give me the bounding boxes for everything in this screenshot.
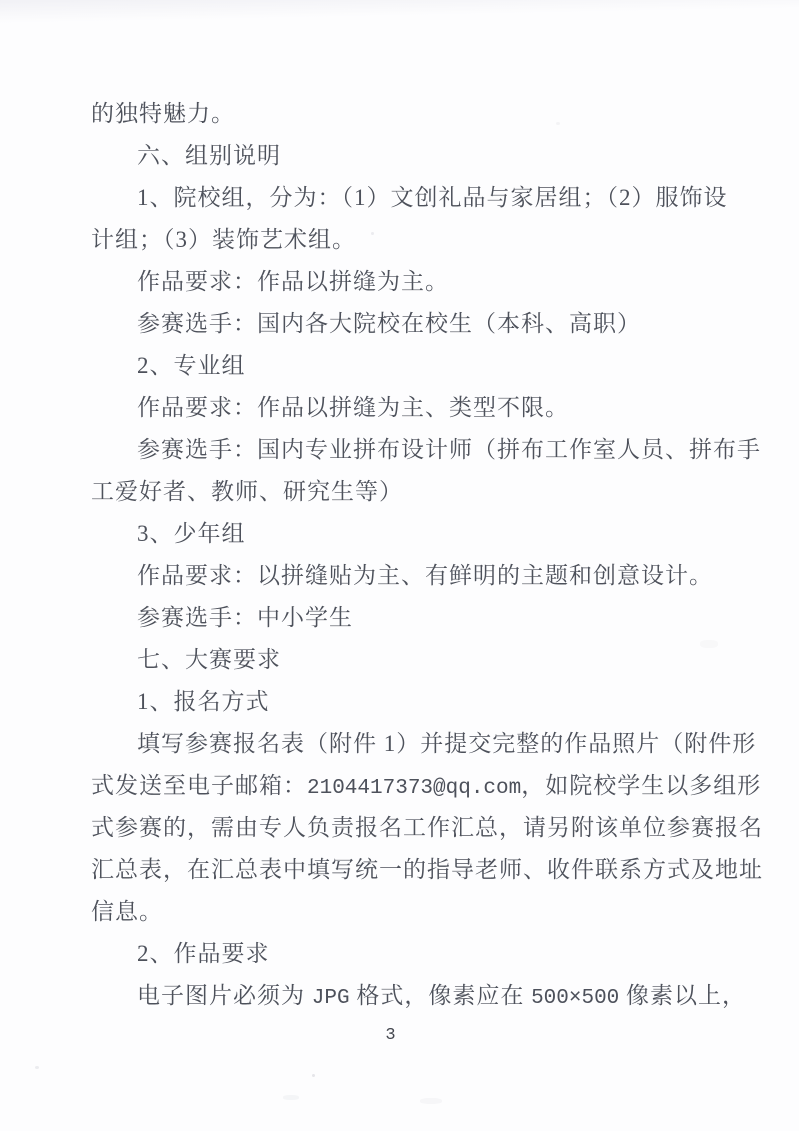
text-line: 填写参赛报名表（附件 1）并提交完整的作品照片（附件形 — [91, 723, 751, 765]
email-address: 2104417373@qq.com — [307, 777, 521, 800]
text-line: 作品要求：以拼缝贴为主、有鲜明的主题和创意设计。 — [91, 555, 751, 597]
text-line: 参赛选手：中小学生 — [91, 597, 751, 639]
text-line: 计组；（3）装饰艺术组。 — [91, 219, 751, 261]
text-line: 作品要求：作品以拼缝为主、类型不限。 — [91, 387, 751, 429]
text-line: 参赛选手：国内各大院校在校生（本科、高职） — [91, 303, 751, 345]
scan-speck — [312, 1074, 315, 1077]
text-line: 电子图片必须为 JPG 格式，像素应在 500×500 像素以上， — [91, 975, 751, 1017]
text-segment: 格式，像素应在 — [350, 983, 532, 1008]
text-segment: 像素以上， — [619, 983, 746, 1008]
text-segment: ，如院校学生以多组形 — [521, 773, 761, 798]
page-number: 3 — [0, 1025, 781, 1047]
section-heading: 七、大赛要求 — [91, 639, 751, 681]
text-line: 1、院校组，分为：（1）文创礼品与家居组；（2）服饰设 — [91, 177, 751, 219]
document-page: 的独特魅力。 六、组别说明 1、院校组，分为：（1）文创礼品与家居组；（2）服饰… — [0, 0, 799, 1131]
text-line: 工爱好者、教师、研究生等） — [91, 471, 751, 513]
text-line: 2、专业组 — [91, 345, 751, 387]
text-segment: 电子图片必须为 — [137, 983, 312, 1008]
text-line: 汇总表，在汇总表中填写统一的指导老师、收件联系方式及地址 — [91, 849, 751, 891]
scan-edge-shadow — [0, 0, 799, 24]
text-line: 信息。 — [91, 891, 751, 933]
text-line: 作品要求：作品以拼缝为主。 — [91, 261, 751, 303]
text-segment: 式发送至电子邮箱： — [91, 773, 307, 798]
text-line: 2、作品要求 — [91, 933, 751, 975]
pixel-size-text: 500×500 — [531, 987, 619, 1010]
text-line: 1、报名方式 — [91, 681, 751, 723]
scan-speck — [283, 1095, 299, 1100]
text-line: 3、少年组 — [91, 513, 751, 555]
scan-speck — [420, 1098, 442, 1104]
scan-speck — [35, 1066, 39, 1069]
document-body-text: 的独特魅力。 六、组别说明 1、院校组，分为：（1）文创礼品与家居组；（2）服饰… — [91, 93, 751, 1017]
section-heading: 六、组别说明 — [91, 135, 751, 177]
text-line: 参赛选手：国内专业拼布设计师（拼布工作室人员、拼布手 — [91, 429, 751, 471]
file-format-text: JPG — [312, 987, 350, 1010]
text-line: 式发送至电子邮箱：2104417373@qq.com，如院校学生以多组形 — [91, 765, 751, 807]
text-line: 的独特魅力。 — [91, 93, 751, 135]
text-line: 式参赛的，需由专人负责报名工作汇总，请另附该单位参赛报名 — [91, 807, 751, 849]
